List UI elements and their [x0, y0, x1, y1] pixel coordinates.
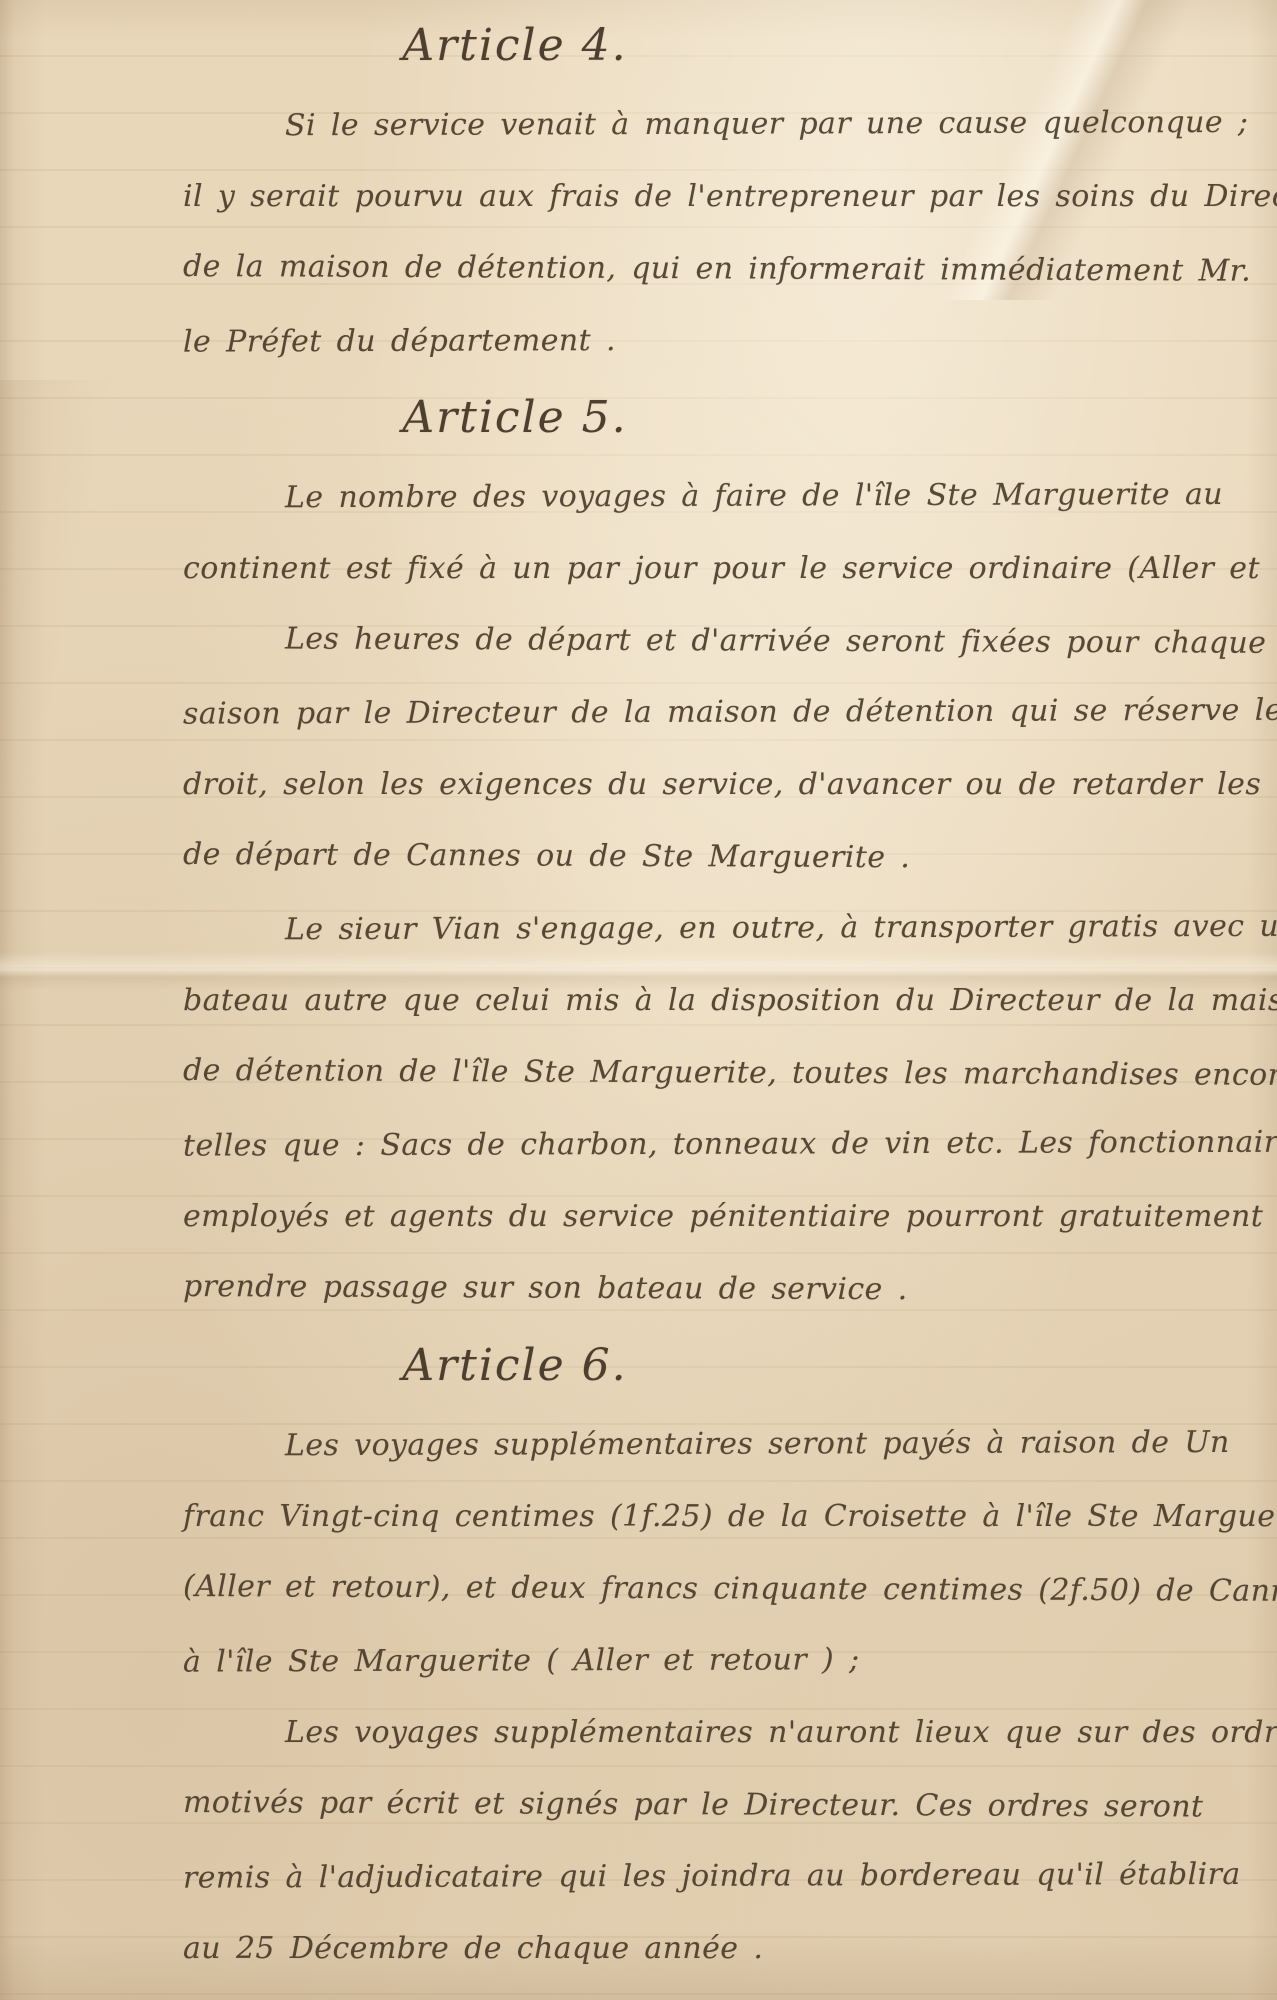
text-line: Les heures de départ et d'arrivée seront…: [0, 601, 1277, 679]
text-line: de détention de l'île Ste Marguerite, to…: [0, 1033, 1277, 1111]
text-line: le Préfet du département .: [0, 302, 1277, 378]
text-line: telles que : Sacs de charbon, tonneaux d…: [0, 1106, 1277, 1182]
text-line: prendre passage sur son bateau de servic…: [0, 1249, 1277, 1327]
text-line: continent est fixé à un par jour pour le…: [0, 532, 1277, 604]
text-line: remis à l'adjudicataire qui les joindra …: [0, 1838, 1277, 1914]
text-line: Les voyages supplémentaires n'auront lie…: [0, 1696, 1277, 1768]
text-line: à l'île Ste Marguerite ( Aller et retour…: [0, 1622, 1277, 1698]
article-5-heading: Article 5.: [0, 376, 1030, 460]
text-line: au 25 Décembre de chaque année .: [0, 1912, 1277, 1984]
manuscript-page: Article 4. Si le service venait à manque…: [0, 0, 1277, 2000]
article-6-section: Article 6. Les voyages supplémentaires s…: [0, 1324, 1277, 1984]
text-line: de la maison de détention, qui en inform…: [0, 229, 1277, 307]
text-line: de départ de Cannes ou de Ste Marguerite…: [0, 817, 1277, 895]
text-line: Les voyages supplémentaires seront payés…: [0, 1406, 1277, 1482]
text-line: franc Vingt-cinq centimes (1f.25) de la …: [0, 1480, 1277, 1552]
text-line: Si le service venait à manquer par une c…: [0, 86, 1277, 162]
text-line: droit, selon les exigences du service, d…: [0, 748, 1277, 820]
text-line: Le sieur Vian s'engage, en outre, à tran…: [0, 890, 1277, 966]
article-5-section: Article 5. Le nombre des voyages à faire…: [0, 376, 1277, 1324]
text-line: motivés par écrit et signés par le Direc…: [0, 1765, 1277, 1843]
text-line: employés et agents du service pénitentia…: [0, 1180, 1277, 1252]
text-line: il y serait pourvu aux frais de l'entrep…: [0, 160, 1277, 232]
article-4-heading: Article 4.: [0, 4, 1030, 88]
text-line: Le nombre des voyages à faire de l'île S…: [0, 458, 1277, 534]
article-6-heading: Article 6.: [0, 1324, 1030, 1408]
text-line: (Aller et retour), et deux francs cinqua…: [0, 1549, 1277, 1627]
text-line: saison par le Directeur de la maison de …: [0, 674, 1277, 750]
manuscript-content: Article 4. Si le service venait à manque…: [0, 0, 1277, 1984]
text-line: bateau autre que celui mis à la disposit…: [0, 964, 1277, 1036]
article-4-section: Article 4. Si le service venait à manque…: [0, 4, 1277, 376]
